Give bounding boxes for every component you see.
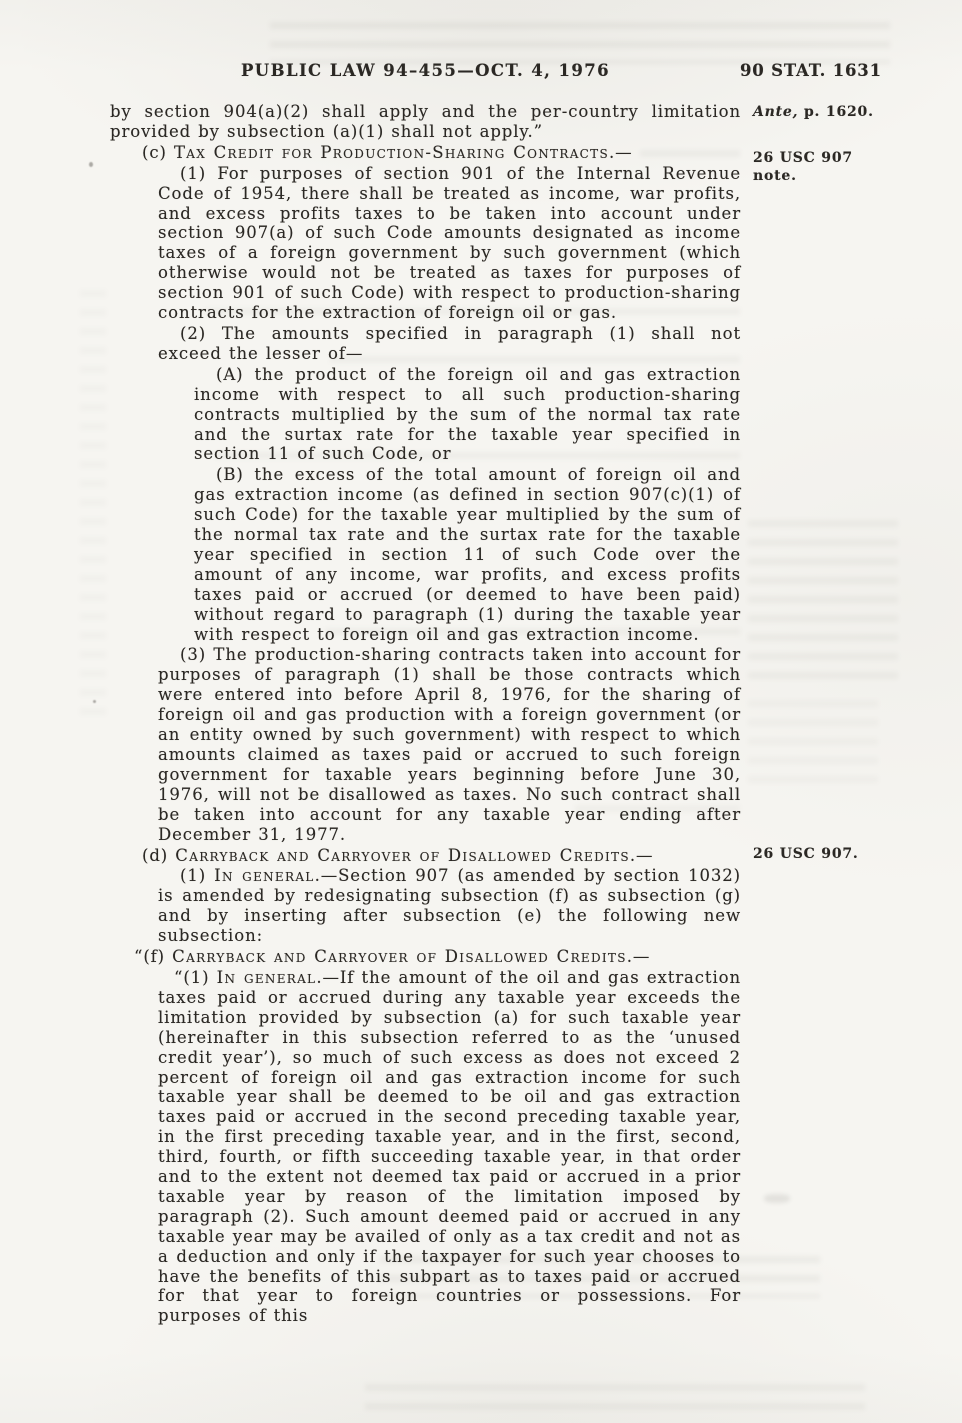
paragraph-d1-heading: In general: [214, 866, 314, 885]
margin-note-ante-rest: p. 1620.: [798, 104, 873, 120]
bleedthrough-artifact: [748, 700, 878, 790]
margin-note-usc-907: 26 USC 907.: [753, 846, 879, 864]
subparagraph-c2b: (B) the excess of the total amount of fo…: [110, 465, 741, 644]
law-title: PUBLIC LAW 94–455—OCT. 4, 1976: [110, 61, 741, 80]
paragraph-d1-label: (1): [180, 866, 214, 885]
paragraph-d1: (1) In general.—Section 907 (as amended …: [110, 866, 741, 946]
quoted-subsection-f-heading: “(f) Carryback and Carryover of Disallow…: [110, 947, 741, 967]
paragraph-f1-label: “(1): [174, 968, 217, 987]
stat-page-number: 90 STAT. 1631: [740, 61, 878, 80]
subsection-f-dash: .—: [627, 947, 651, 966]
statute-page: PUBLIC LAW 94–455—OCT. 4, 1976 90 STAT. …: [0, 0, 962, 1423]
section-c-label: (c): [142, 143, 174, 162]
bleedthrough-artifact: [748, 520, 898, 680]
section-c-heading: (c) Tax Credit for Production-Sharing Co…: [110, 143, 741, 163]
paragraph-c1: (1) For purposes of section 901 of the I…: [110, 164, 741, 323]
paragraph-c3: (3) The production-sharing contracts tak…: [110, 645, 741, 844]
bleedthrough-artifact: [270, 22, 890, 64]
paragraph-f1-heading: In general: [217, 968, 317, 987]
margin-note-usc-907-note: 26 USC 907 note.: [753, 150, 853, 185]
subsection-f-label: “(f): [134, 947, 172, 966]
subparagraph-c2a: (A) the product of the foreign oil and g…: [110, 365, 741, 465]
margin-note-ante-italic: Ante,: [753, 104, 798, 120]
bleedthrough-artifact: [80, 290, 106, 720]
section-d-dash: .—: [630, 846, 654, 865]
section-d-label: (d): [142, 846, 175, 865]
paragraph-c2: (2) The amounts specified in paragraph (…: [110, 324, 741, 364]
scan-speck: [89, 162, 93, 167]
section-d-heading: (d) Carryback and Carryover of Disallowe…: [110, 846, 741, 866]
paragraph-f1-text: .—If the amount of the oil and gas extra…: [158, 968, 741, 1325]
margin-note-ante: Ante, p. 1620.: [753, 104, 879, 122]
section-d-title: Carryback and Carryover of Disallowed Cr…: [175, 846, 630, 865]
continuation-paragraph: by section 904(a)(2) shall apply and the…: [110, 102, 741, 142]
subsection-f-title: Carryback and Carryover of Disallowed Cr…: [172, 947, 627, 966]
section-c-title: Tax Credit for Production-Sharing Contra…: [174, 143, 609, 162]
section-c-dash: .—: [609, 143, 633, 162]
quoted-paragraph-f1: “(1) In general.—If the amount of the oi…: [110, 968, 741, 1326]
statute-body: by section 904(a)(2) shall apply and the…: [110, 101, 741, 1327]
bleedthrough-artifact: [365, 1384, 865, 1410]
scan-speck: [93, 700, 96, 703]
scan-speck: [764, 1194, 790, 1203]
